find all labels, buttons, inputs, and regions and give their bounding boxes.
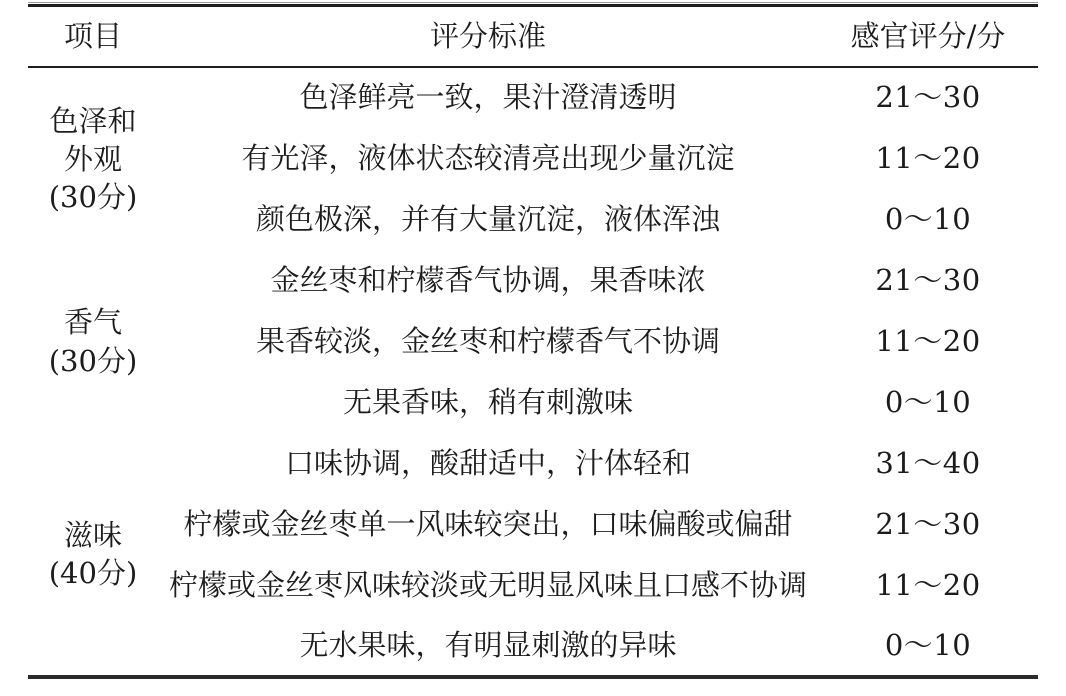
item-label-line: (30分) <box>28 342 158 380</box>
item-cell-taste: 滋味 (40分) <box>28 433 158 677</box>
table-row: 无果香味，稍有刺激味 0～10 <box>28 372 1038 433</box>
item-label-line: 香气 <box>28 303 158 341</box>
table-row: 滋味 (40分) 口味协调，酸甜适中，汁体轻和 31～40 <box>28 433 1038 494</box>
column-header-score: 感官评分/分 <box>818 7 1038 67</box>
table-row: 香气 (30分) 金丝枣和柠檬香气协调，果香味浓 21～30 <box>28 250 1038 311</box>
table-row: 果香较淡，金丝枣和柠檬香气不协调 11～20 <box>28 311 1038 372</box>
item-label-line: 滋味 <box>28 516 158 554</box>
score-cell: 11～20 <box>818 555 1038 616</box>
table-row: 柠檬或金丝枣风味较淡或无明显风味且口感不协调 11～20 <box>28 555 1038 616</box>
criteria-cell: 色泽鲜亮一致，果汁澄清透明 <box>158 67 818 128</box>
criteria-cell: 果香较淡，金丝枣和柠檬香气不协调 <box>158 311 818 372</box>
score-cell: 21～30 <box>818 494 1038 555</box>
item-label-line: 外观 <box>28 140 158 178</box>
criteria-cell: 颜色极深，并有大量沉淀，液体浑浊 <box>158 189 818 250</box>
criteria-cell: 无水果味，有明显刺激的异味 <box>158 616 818 677</box>
criteria-cell: 无果香味，稍有刺激味 <box>158 372 818 433</box>
table-header-row: 项目 评分标准 感官评分/分 <box>28 7 1038 67</box>
table-row: 无水果味，有明显刺激的异味 0～10 <box>28 616 1038 677</box>
score-cell: 0～10 <box>818 372 1038 433</box>
table-row: 颜色极深，并有大量沉淀，液体浑浊 0～10 <box>28 189 1038 250</box>
criteria-cell: 口味协调，酸甜适中，汁体轻和 <box>158 433 818 494</box>
item-label-line: 色泽和 <box>28 102 158 140</box>
sensory-evaluation-table: 项目 评分标准 感官评分/分 色泽和 外观 (30分) 色泽鲜亮一致，果汁澄清透… <box>28 7 1038 679</box>
score-cell: 31～40 <box>818 433 1038 494</box>
score-cell: 21～30 <box>818 250 1038 311</box>
paper-table-figure: 项目 评分标准 感官评分/分 色泽和 外观 (30分) 色泽鲜亮一致，果汁澄清透… <box>0 0 1066 696</box>
criteria-cell: 柠檬或金丝枣风味较淡或无明显风味且口感不协调 <box>158 555 818 616</box>
item-cell-color-appearance: 色泽和 外观 (30分) <box>28 67 158 250</box>
item-cell-aroma: 香气 (30分) <box>28 250 158 433</box>
table-row: 柠檬或金丝枣单一风味较突出，口味偏酸或偏甜 21～30 <box>28 494 1038 555</box>
sensory-evaluation-table-area: 项目 评分标准 感官评分/分 色泽和 外观 (30分) 色泽鲜亮一致，果汁澄清透… <box>28 2 1038 679</box>
item-label-line: (40分) <box>28 554 158 592</box>
criteria-cell: 柠檬或金丝枣单一风味较突出，口味偏酸或偏甜 <box>158 494 818 555</box>
criteria-cell: 有光泽，液体状态较清亮出现少量沉淀 <box>158 128 818 189</box>
item-label-line: (30分) <box>28 178 158 216</box>
column-header-criteria: 评分标准 <box>158 7 818 67</box>
score-cell: 11～20 <box>818 128 1038 189</box>
score-cell: 21～30 <box>818 67 1038 128</box>
criteria-cell: 金丝枣和柠檬香气协调，果香味浓 <box>158 250 818 311</box>
column-header-item: 项目 <box>28 7 158 67</box>
score-cell: 11～20 <box>818 311 1038 372</box>
table-row: 有光泽，液体状态较清亮出现少量沉淀 11～20 <box>28 128 1038 189</box>
score-cell: 0～10 <box>818 616 1038 677</box>
table-row: 色泽和 外观 (30分) 色泽鲜亮一致，果汁澄清透明 21～30 <box>28 67 1038 128</box>
score-cell: 0～10 <box>818 189 1038 250</box>
